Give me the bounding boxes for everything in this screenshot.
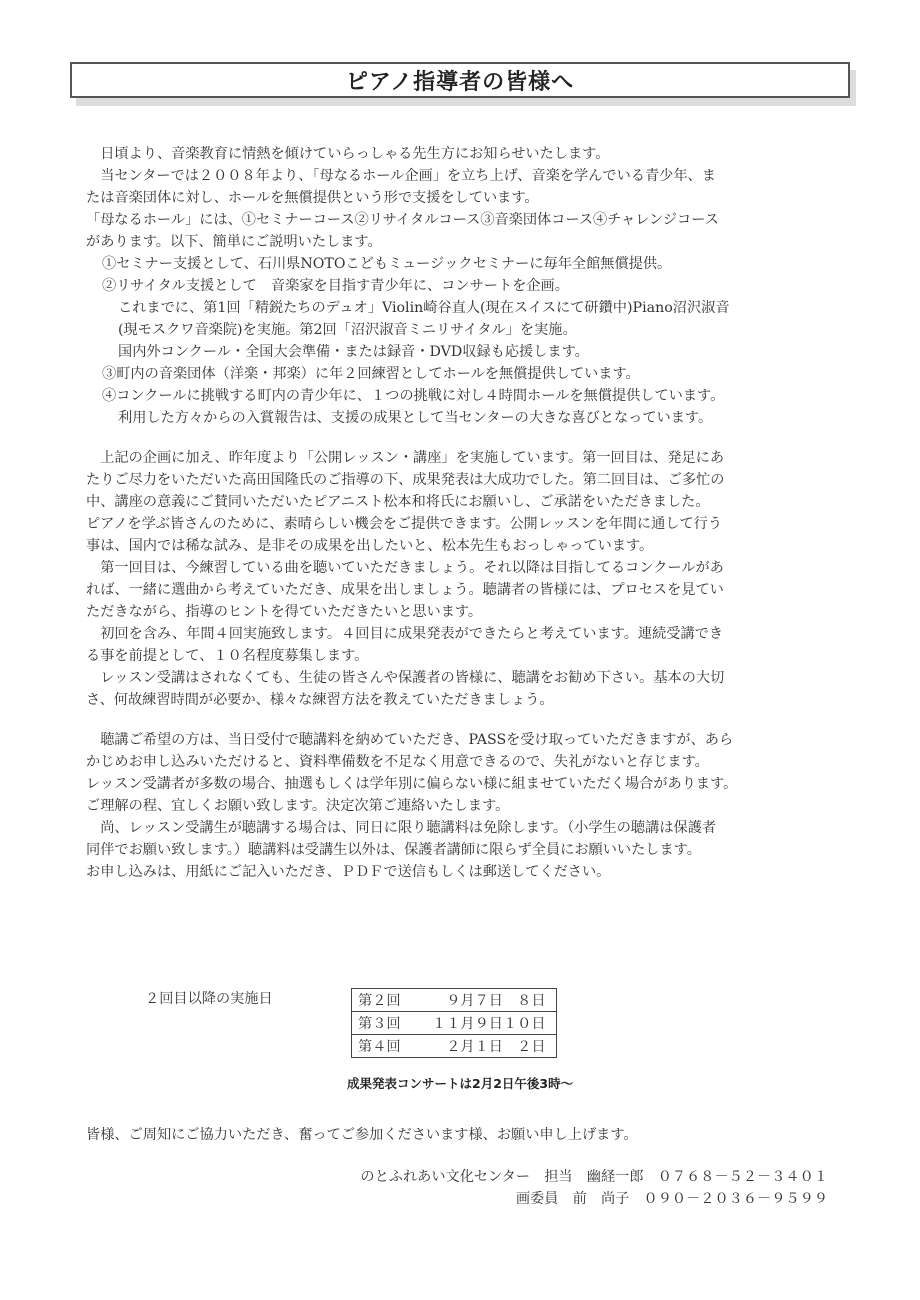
paragraph-line: 中、講座の意義にご賛同いただいたピアニスト松本和将氏にお願いし、ご承諾をいただき…	[86, 491, 866, 513]
paragraph-line: レッスン受講者が多数の場合、抽選もしくは学年別に偏らない様に組ませていただく場合…	[86, 773, 866, 795]
intro-section: 日頃より、音楽教育に情熱を傾けていらっしゃる先生方にお知らせいたします。 当セン…	[86, 143, 866, 253]
contact-line: のとふれあい文化センター 担当 幽経一郎 ０７６８－５２－３４０１	[360, 1166, 828, 1188]
paragraph-line: お申し込みは、用紙にご記入いただき、ＰＤＦで送信もしくは郵送してください。	[86, 861, 866, 883]
round-dates: ２月１日 ２日	[432, 1036, 546, 1056]
schedule-table: 第２回 ９月７日 ８日 第３回１１月９日１０日 第４回 ２月１日 ２日	[351, 988, 557, 1058]
table-cell: 第３回１１月９日１０日	[352, 1012, 557, 1035]
paragraph-line: 尚、レッスン受講生が聴講する場合は、同日に限り聴講料は免除します。（小学生の聴講…	[86, 817, 866, 839]
paragraph-line: かじめお申し込みいただけると、資料準備数を不足なく用意できるので、失礼がないと存…	[86, 751, 866, 773]
contact-line: 画委員 前 尚子 ０９０－２０３６－９５９９	[360, 1188, 828, 1210]
paragraph-line: 初回を含み、年間４回実施致します。４回目に成果発表ができたらと考えています。連続…	[86, 623, 866, 645]
course-group: ③町内の音楽団体（洋楽・邦楽）に年２回練習としてホールを無償提供しています。	[86, 363, 866, 385]
table-row: 第４回 ２月１日 ２日	[352, 1035, 557, 1058]
concert-note: 成果発表コンサートは2月2日午後3時～	[347, 1074, 573, 1092]
recital-detail-line: これまでに、第1回「精鋭たちのデュオ」Violin崎谷直人(現在スイスにて研鑽中…	[86, 297, 866, 319]
paragraph-line: 第一回目は、今練習している曲を聴いていただきましょう。それ以降は目指してるコンク…	[86, 557, 866, 579]
paragraph-line: さ、何故練習時間が必要か、様々な練習方法を教えていただきましょう。	[86, 689, 866, 711]
course-seminar: ①セミナー支援として、石川県NOTOこどもミュージックセミナーに毎年全館無償提供…	[86, 253, 866, 275]
paragraph-line: があります。以下、簡単にご説明いたします。	[86, 231, 866, 253]
paragraph-line: 事は、国内では稀な試み、是非その成果を出したいと、松本先生もおっしゃっています。	[86, 535, 866, 557]
table-cell: 第２回 ９月７日 ８日	[352, 989, 557, 1012]
paragraph-line: ご理解の程、宜しくお願い致します。決定次第ご連絡いたします。	[86, 795, 866, 817]
recital-detail-line: 国内外コンクール・全国大会準備・または録音・DVD収録も応援します。	[86, 341, 866, 363]
round-label: 第４回	[358, 1036, 432, 1056]
course-recital: ②リサイタル支援として 音楽家を目指す青少年に、コンサートを企画。	[86, 275, 866, 297]
paragraph-line: る事を前提として、１０名程度募集します。	[86, 645, 866, 667]
paragraph-line: たは音楽団体に対し、ホールを無償提供という形で支援をしています。	[86, 187, 866, 209]
paragraph-line: ただきながら、指導のヒントを得ていただきたいと思います。	[86, 601, 866, 623]
paragraph-line: 「母なるホール」には、①セミナーコース②リサイタルコース③音楽団体コース④チャレ…	[86, 209, 866, 231]
round-dates: １１月９日１０日	[432, 1013, 546, 1033]
paragraph-line: 上記の企画に加え、昨年度より「公開レッスン・講座」を実施しています。第一回目は、…	[86, 447, 866, 469]
paragraph-line: 日頃より、音楽教育に情熱を傾けていらっしゃる先生方にお知らせいたします。	[86, 143, 866, 165]
round-label: 第３回	[358, 1013, 432, 1033]
schedule-label: ２回目以降の実施日	[145, 988, 273, 1008]
paragraph-line: 当センターでは２００８年より、「母なるホール企画」を立ち上げ、音楽を学んでいる青…	[86, 165, 866, 187]
table-row: 第２回 ９月７日 ８日	[352, 989, 557, 1012]
spacer	[86, 711, 866, 729]
page-title: ピアノ指導者の皆様へ	[346, 65, 574, 96]
round-label: 第２回	[358, 990, 432, 1010]
recital-detail-line: (現モスクワ音楽院)を実施。第2回「沼沢淑音ミニリサイタル」を実施。	[86, 319, 866, 341]
course-list: ①セミナー支援として、石川県NOTOこどもミュージックセミナーに毎年全館無償提供…	[86, 253, 866, 429]
paragraph-line: レッスン受講はされなくても、生徒の皆さんや保護者の皆様に、聴講をお勧め下さい。基…	[86, 667, 866, 689]
table-row: 第３回１１月９日１０日	[352, 1012, 557, 1035]
title-banner: ピアノ指導者の皆様へ	[70, 62, 850, 98]
closing-message: 皆様、ご周知にご協力いただき、奮ってご参加くださいます様、お願い申し上げます。	[86, 1124, 638, 1144]
paragraph-line: 同伴でお願い致します。）聴講料は受講生以外は、保護者講師に限らず全員にお願いいた…	[86, 839, 866, 861]
paragraph-line: ピアノを学ぶ皆さんのために、素晴らしい機会をご提供できます。公開レッスンを年間に…	[86, 513, 866, 535]
paragraph-line: れば、一緒に選曲から考えていただき、成果を出しましょう。聴講者の皆様には、プロセ…	[86, 579, 866, 601]
course-challenge: ④コンクールに挑戦する町内の青少年に、１つの挑戦に対し４時間ホールを無償提供して…	[86, 385, 866, 407]
title-box: ピアノ指導者の皆様へ	[70, 62, 850, 98]
paragraph-line: たりご尽力をいただいた高田国隆氏のご指導の下、成果発表は大成功でした。第二回目は…	[86, 469, 866, 491]
lesson-section: 上記の企画に加え、昨年度より「公開レッスン・講座」を実施しています。第一回目は、…	[86, 447, 866, 711]
round-dates: ９月７日 ８日	[432, 990, 546, 1010]
paragraph-line: 聴講ご希望の方は、当日受付で聴講料を納めていただき、PASSを受け取っていただき…	[86, 729, 866, 751]
document-body: 日頃より、音楽教育に情熱を傾けていらっしゃる先生方にお知らせいたします。 当セン…	[86, 143, 866, 883]
contact-block: のとふれあい文化センター 担当 幽経一郎 ０７６８－５２－３４０１ 画委員 前 …	[360, 1166, 828, 1210]
spacer	[86, 429, 866, 447]
table-cell: 第４回 ２月１日 ２日	[352, 1035, 557, 1058]
application-section: 聴講ご希望の方は、当日受付で聴講料を納めていただき、PASSを受け取っていただき…	[86, 729, 866, 883]
course-result: 利用した方々からの入賞報告は、支援の成果として当センターの大きな喜びとなっていま…	[86, 407, 866, 429]
